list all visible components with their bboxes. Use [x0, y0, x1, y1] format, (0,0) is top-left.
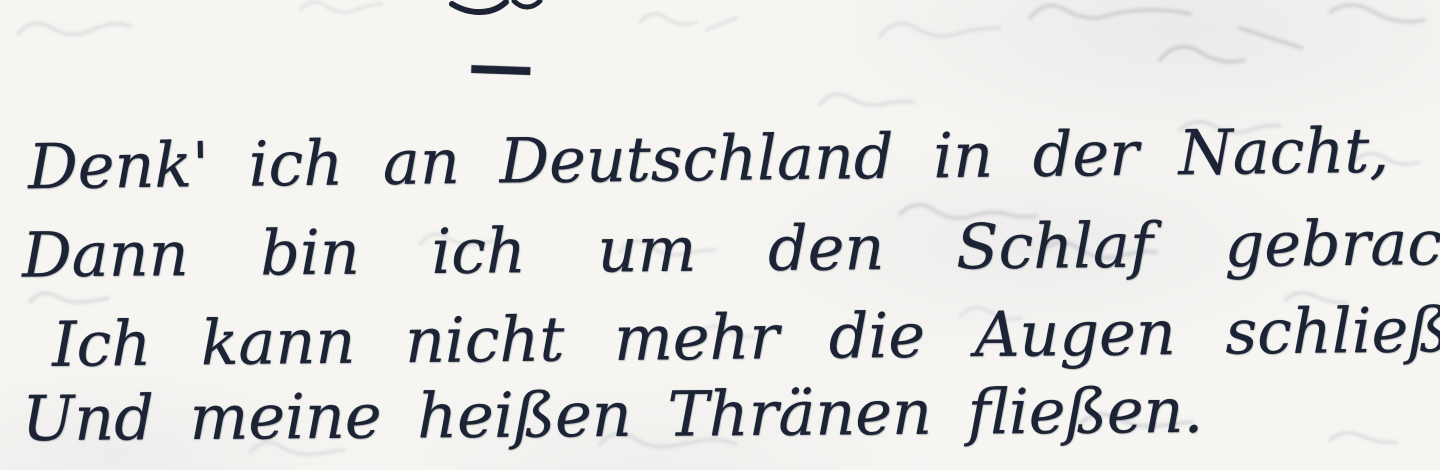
manuscript-page: — Denk' ich an Deutschland in der Nacht,… [0, 0, 1440, 470]
poem-line-2: Dann bin ich um den Schlaf gebracht, [22, 205, 1440, 291]
poem-line-3: Ich kann nicht mehr die Augen schließen, [52, 292, 1440, 381]
poem-line-4: Und meine heißen Thränen fließen. [22, 374, 1204, 455]
stanza-separator-dash: — [467, 25, 536, 105]
